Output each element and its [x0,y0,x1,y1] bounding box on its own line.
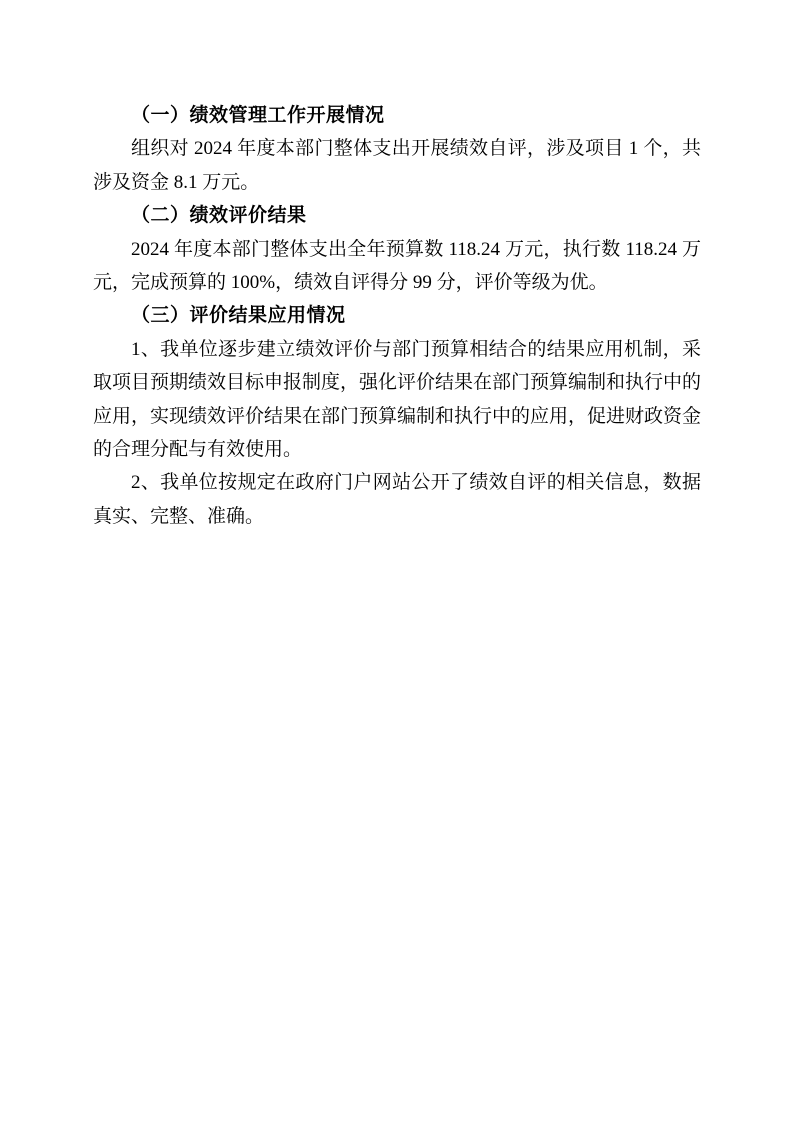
paragraph: 1、我单位逐步建立绩效评价与部门预算相结合的结果应用机制，采取项目预期绩效目标申… [93,333,701,467]
section-heading: （三）评价结果应用情况 [93,299,701,332]
section-heading: （二）绩效评价结果 [93,199,701,232]
section-results-application: （三）评价结果应用情况 1、我单位逐步建立绩效评价与部门预算相结合的结果应用机制… [93,299,701,533]
paragraph: 组织对 2024 年度本部门整体支出开展绩效自评，涉及项目 1 个，共涉及资金 … [93,132,701,199]
section-performance-management-work: （一）绩效管理工作开展情况 组织对 2024 年度本部门整体支出开展绩效自评，涉… [93,99,701,199]
paragraph: 2024 年度本部门整体支出全年预算数 118.24 万元，执行数 118.24… [93,233,701,300]
paragraph: 2、我单位按规定在政府门户网站公开了绩效自评的相关信息，数据真实、完整、准确。 [93,466,701,533]
document-page: （一）绩效管理工作开展情况 组织对 2024 年度本部门整体支出开展绩效自评，涉… [0,0,793,1122]
section-heading: （一）绩效管理工作开展情况 [93,99,701,132]
document-content: （一）绩效管理工作开展情况 组织对 2024 年度本部门整体支出开展绩效自评，涉… [93,99,701,533]
section-evaluation-results: （二）绩效评价结果 2024 年度本部门整体支出全年预算数 118.24 万元，… [93,199,701,299]
